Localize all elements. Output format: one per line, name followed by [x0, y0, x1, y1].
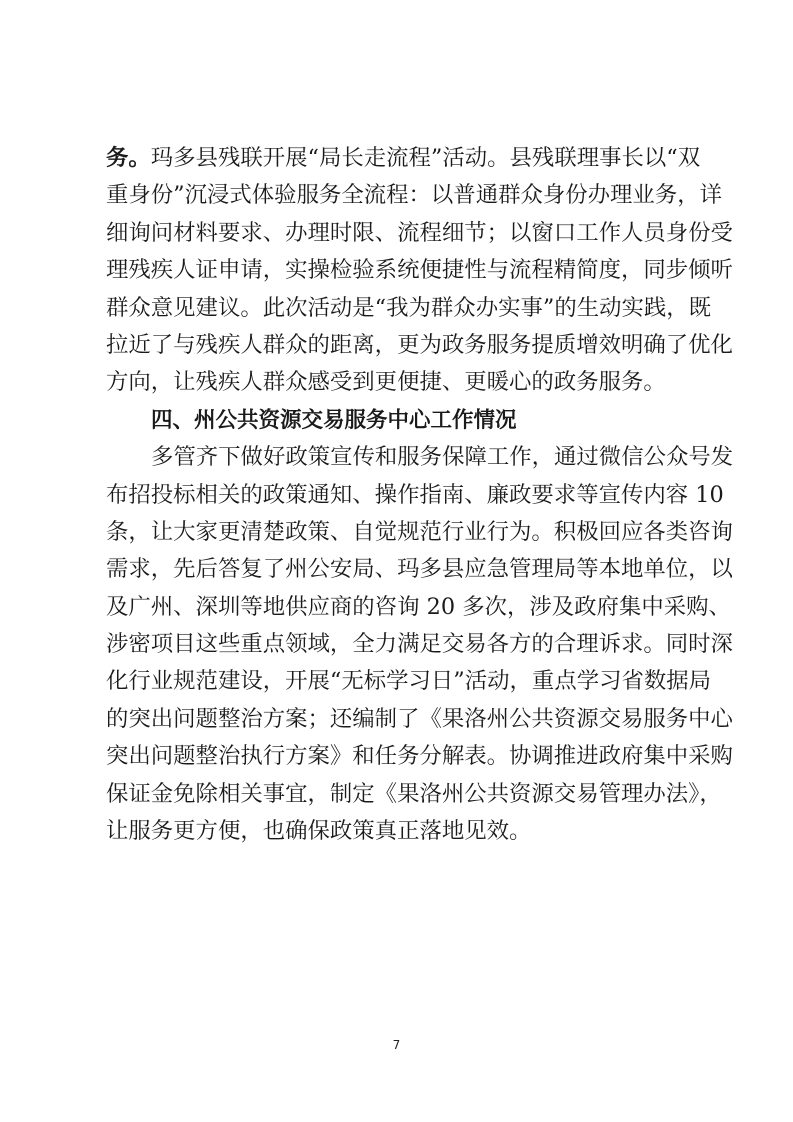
text-line: 的突出问题整治方案；还编制了《果洛州公共资源交易服务中心 — [106, 701, 692, 738]
text-line: 布招投标相关的政策通知、操作指南、廉政要求等宣传内容 10 — [106, 477, 692, 514]
section-heading: 四、州公共资源交易服务中心工作情况 — [106, 402, 692, 439]
text-line: 涉密项目这些重点领域，全力满足交易各方的合理诉求。同时深 — [106, 626, 692, 663]
text-line: 多管齐下做好政策宣传和服务保障工作，通过微信公众号发 — [106, 439, 692, 476]
bold-lead-text: 务。 — [106, 145, 151, 171]
text-line: 理残疾人证申请，实操检验系统便捷性与流程精简度，同步倾听 — [106, 252, 692, 289]
text-line: 需求，先后答复了州公安局、玛多县应急管理局等本地单位，以 — [106, 551, 692, 588]
text-line: 保证金免除相关事宜，制定《果洛州公共资源交易管理办法》， — [106, 776, 692, 813]
document-page: 务。玛多县残联开展“局长走流程”活动。县残联理事长以“双 重身份”沉浸式体验服务… — [106, 140, 692, 850]
text-line: 让服务更方便，也确保政策真正落地见效。 — [106, 813, 692, 850]
text-line: 方向，让残疾人群众感受到更便捷、更暖心的政务服务。 — [106, 364, 692, 401]
paragraph-county-disabled-federation: 务。玛多县残联开展“局长走流程”活动。县残联理事长以“双 重身份”沉浸式体验服务… — [106, 140, 692, 402]
text-line: 拉近了与残疾人群众的距离，更为政务服务提质增效明确了优化 — [106, 327, 692, 364]
text-line: 化行业规范建设，开展“无标学习日”活动，重点学习省数据局 — [106, 663, 692, 700]
text-line: 突出问题整治执行方案》和任务分解表。协调推进政府集中采购 — [106, 738, 692, 775]
text-line: 条，让大家更清楚政策、自觉规范行业行为。积极回应各类咨询 — [106, 514, 692, 551]
page-number: 7 — [0, 1038, 793, 1052]
text-line: 重身份”沉浸式体验服务全流程：以普通群众身份办理业务，详 — [106, 177, 692, 214]
text-line: 细询问材料要求、办理时限、流程细节；以窗口工作人员身份受 — [106, 215, 692, 252]
text-line: 群众意见建议。此次活动是“我为群众办实事”的生动实践，既 — [106, 290, 692, 327]
paragraph-public-resource-trading: 多管齐下做好政策宣传和服务保障工作，通过微信公众号发 布招投标相关的政策通知、操… — [106, 439, 692, 850]
text-line: 务。玛多县残联开展“局长走流程”活动。县残联理事长以“双 — [106, 140, 692, 177]
text-line: 及广州、深圳等地供应商的咨询 20 多次，涉及政府集中采购、 — [106, 589, 692, 626]
